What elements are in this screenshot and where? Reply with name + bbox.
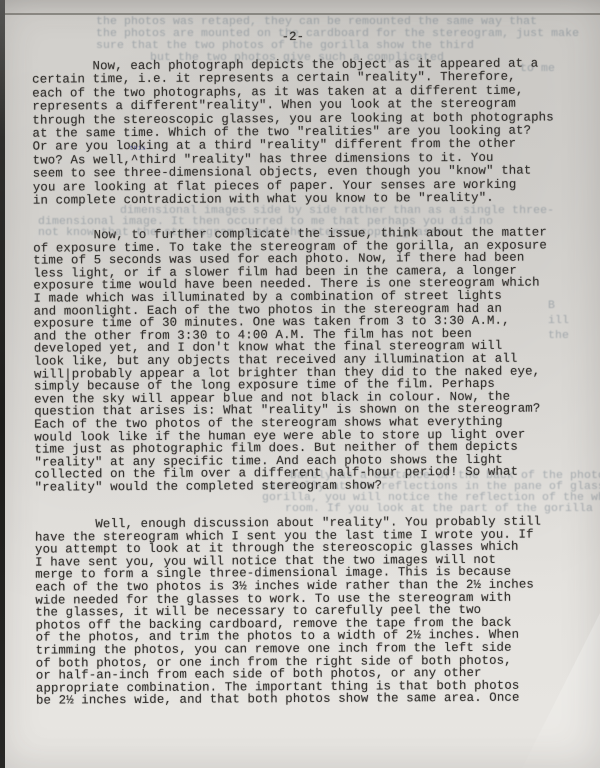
paragraph-reality-discussion: Now, each photograph depicts the object … [32,57,573,208]
typed-letter-page-photo: the photos was retaped, they can be remo… [0,0,600,768]
page-number: -2- [32,28,554,45]
page-content: -2- Now, each photograph depicts the obj… [0,0,600,768]
photo-left-edge [0,0,5,768]
paragraph-trimming-instructions: Well, enough discussion about "reality".… [35,515,576,707]
handwritten-insertion-this: this [130,145,146,152]
paragraph-exposure-time: Now, to further complicate the issue, th… [33,226,575,494]
